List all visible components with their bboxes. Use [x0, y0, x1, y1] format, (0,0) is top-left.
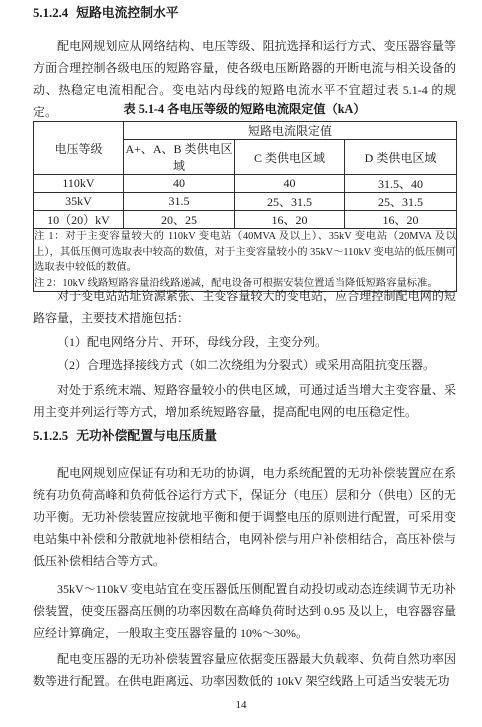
table-row-35kv: 35kV 31.5 25、31.5 25、31.5 [34, 193, 457, 211]
table-row-110kv: 110kV 40 40 31.5、40 [34, 175, 457, 193]
cell-value: 16、20 [235, 211, 345, 229]
cell-value: 20、25 [124, 211, 235, 229]
cell-value: 25、31.5 [345, 193, 457, 211]
page-number: 14 [0, 699, 482, 712]
cell-voltage: 35kV [34, 193, 124, 211]
section-number: 5.1.2.5 [33, 429, 68, 443]
paragraph-reactive-power-3: 配电变压器的无功补偿装置容量应依据变压器最大负载率、负荷自然功率因数等进行配置。… [33, 648, 456, 692]
list-item-1: （1）配电网络分片、开环，母线分段，主变分列。 [33, 331, 456, 353]
header-cell-region-d: D 类供电区域 [345, 140, 457, 175]
table-header-row-1: 电压等级 短路电流限定值 [34, 122, 457, 140]
header-cell-voltage-class: 电压等级 [34, 122, 124, 175]
section-number: 5.1.2.4 [33, 6, 68, 20]
cell-value: 31.5 [124, 193, 235, 211]
section-title: 无功补偿配置与电压质量 [76, 429, 217, 443]
cell-value: 40 [124, 175, 235, 193]
short-circuit-limit-table: 电压等级 短路电流限定值 A+、A、B 类供电区域 C 类供电区域 D 类供电区… [33, 121, 457, 292]
paragraph-reactive-power-2: 35kV～110kV 变电站宜在变压器低压侧配置自动投切或动态连续调节无功补偿装… [33, 578, 456, 644]
document-page: 5.1.2.4短路电流控制水平 配电网规划应从网络结构、电压等级、阻抗选择和运行… [0, 0, 482, 727]
cell-value: 16、20 [345, 211, 457, 229]
table-notes-cell: 注 1：对于主变容量较大的 110kV 变电站（40MVA 及以上）、35kV … [34, 229, 457, 292]
table-notes-row: 注 1：对于主变容量较大的 110kV 变电站（40MVA 及以上）、35kV … [34, 229, 457, 292]
cell-value: 31.5、40 [345, 175, 457, 193]
paragraph-reactive-power-1: 配电网规划应保证有功和无功的协调，电力系统配置的无功补偿装置应在系统有功负荷高峰… [33, 462, 456, 572]
paragraph-system-end: 对处于系统末端、短路容量较小的供电区域，可通过适当增大主变容量、采用主变并列运行… [33, 379, 456, 423]
table-note-1: 注 1：对于主变容量较大的 110kV 变电站（40MVA 及以上）、35kV … [34, 229, 456, 276]
table-caption: 表 5.1-4 各电压等级的短路电流限定值（kA） [33, 101, 456, 117]
list-item-2: （2）合理选择接线方式（如二次绕组为分裂式）或采用高阻抗变压器。 [33, 354, 456, 376]
section-title: 短路电流控制水平 [76, 6, 178, 20]
cell-voltage: 10（20）kV [34, 211, 124, 229]
cell-value: 25、31.5 [235, 193, 345, 211]
section-heading-5124: 5.1.2.4短路电流控制水平 [33, 5, 456, 21]
header-cell-region-ab: A+、A、B 类供电区域 [124, 140, 235, 175]
cell-value: 40 [235, 175, 345, 193]
cell-voltage: 110kV [34, 175, 124, 193]
header-cell-limit-group: 短路电流限定值 [124, 122, 457, 140]
table-row-10-20kv: 10（20）kV 20、25 16、20 16、20 [34, 211, 457, 229]
section-heading-5125: 5.1.2.5无功补偿配置与电压质量 [33, 428, 456, 444]
paragraph-control-measures: 对于变电站站址资源紧张、主变容量较大的变电站，应合理控制配电网的短路容量，主要技… [33, 285, 456, 329]
header-cell-region-c: C 类供电区域 [235, 140, 345, 175]
